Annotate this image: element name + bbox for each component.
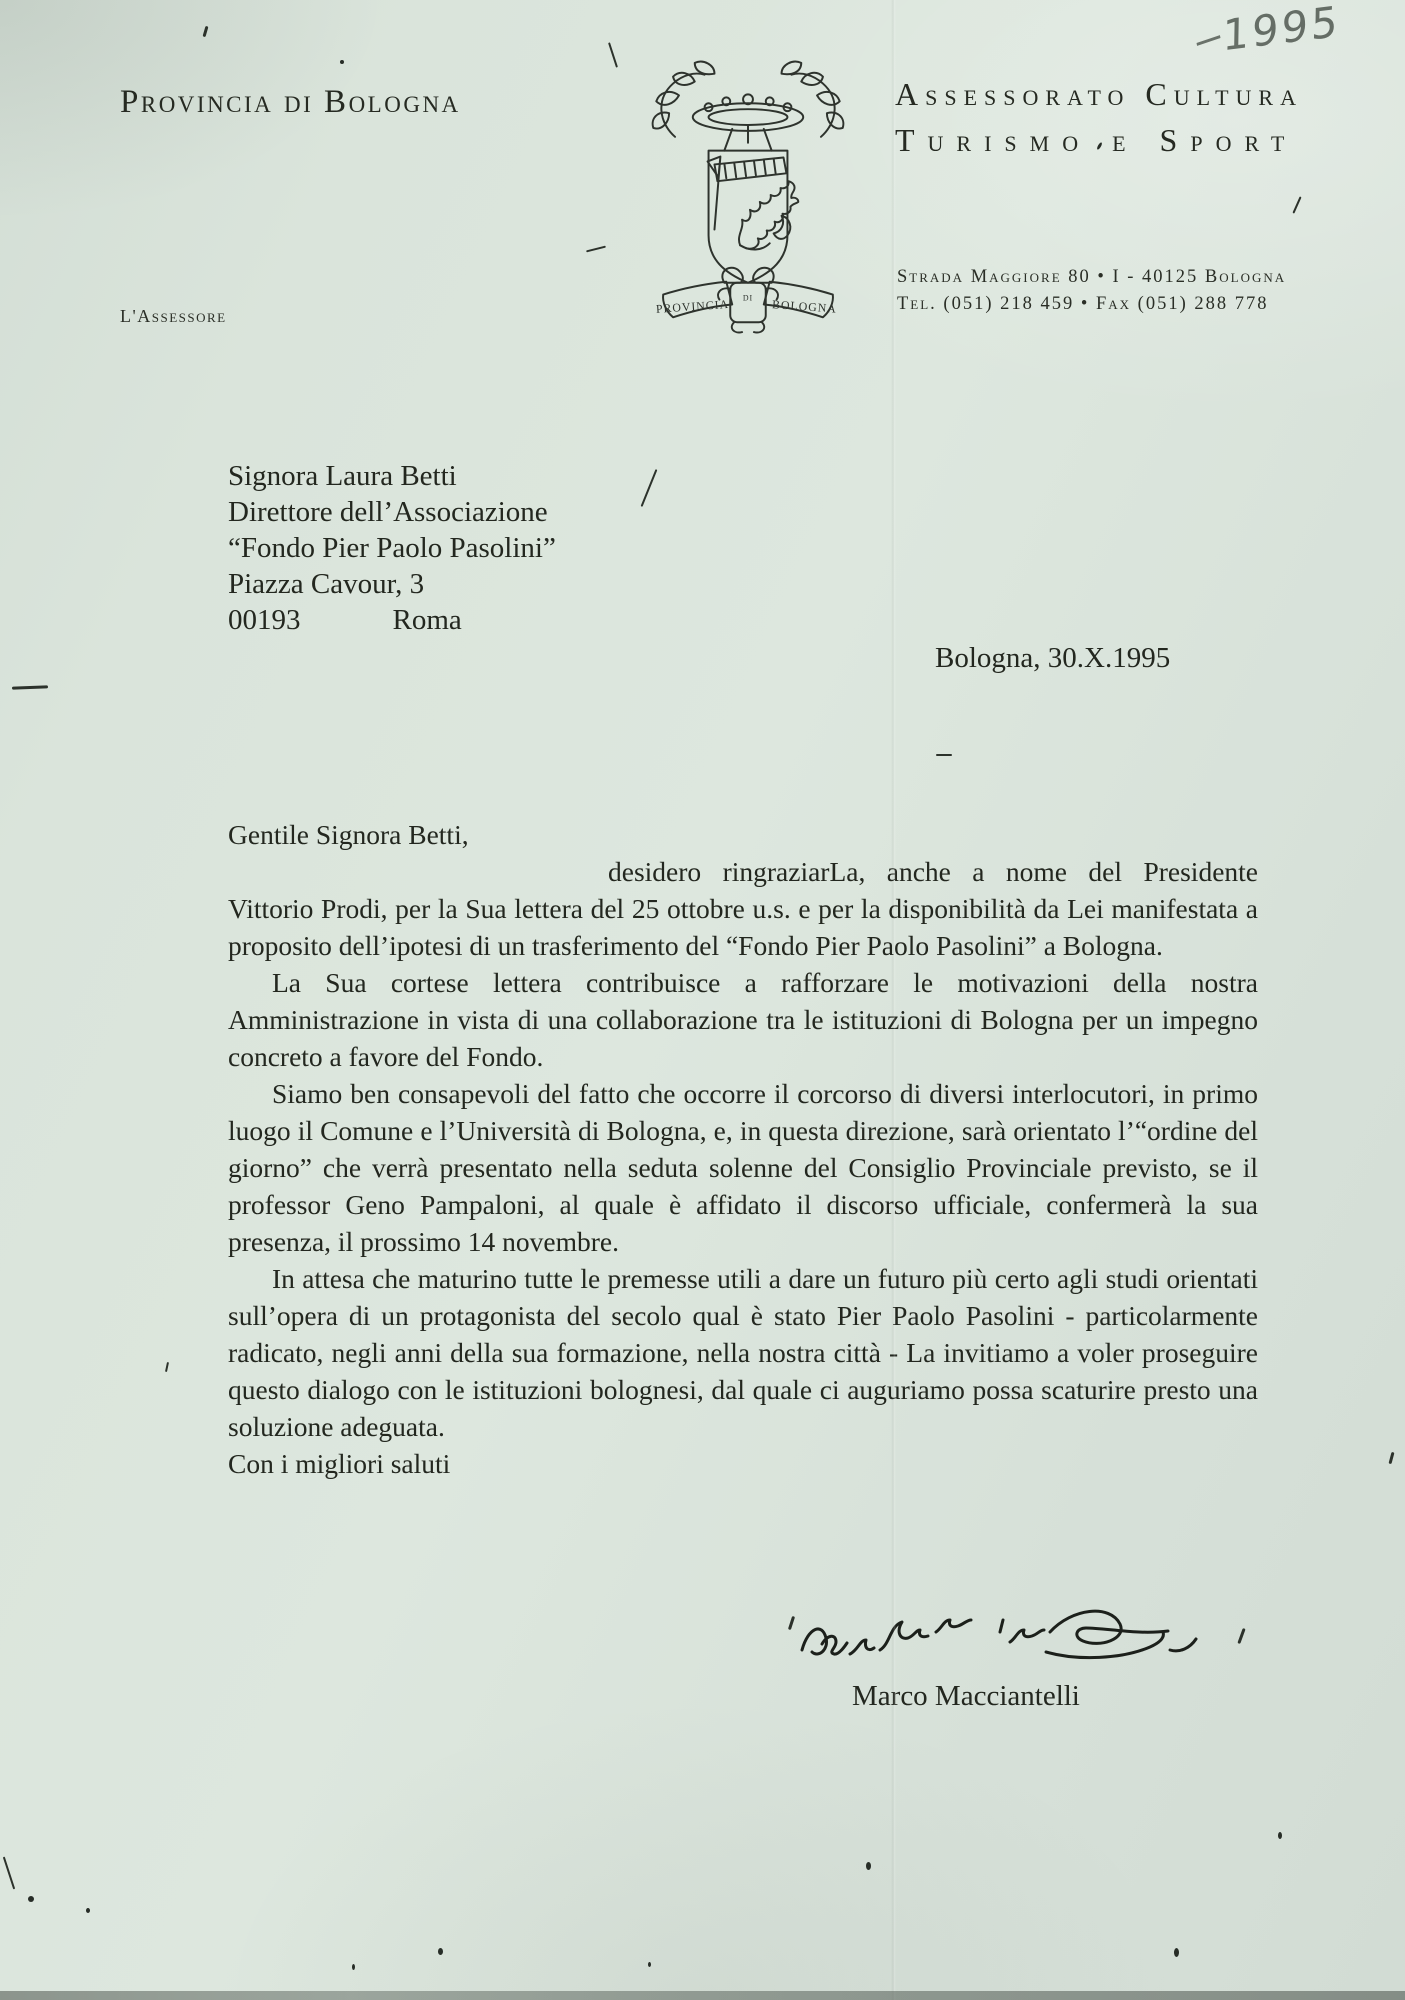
scan-mark xyxy=(1237,1628,1245,1644)
scan-mark xyxy=(641,469,658,507)
closing-line: Con i migliori saluti xyxy=(228,1445,1258,1482)
recipient-city: Roma xyxy=(393,602,462,638)
recipient-zip: 00193 xyxy=(228,602,301,638)
recipient-city-row: 00193 Roma xyxy=(228,602,556,638)
letter-body: Gentile Signora Betti, desidero ringrazi… xyxy=(228,816,1258,1482)
scan-mark xyxy=(3,1857,15,1890)
scan-mark xyxy=(936,754,952,756)
handwritten-year-note: 1995 xyxy=(1222,0,1341,60)
paragraph: Siamo ben consapevoli del fatto che occo… xyxy=(228,1075,1258,1260)
address-line: Strada Maggiore 80 • I - 40125 Bologna xyxy=(897,264,1286,291)
provincia-bologna-crest-icon: PROVINCIA DI BOLOGNA xyxy=(628,52,868,338)
scan-mark xyxy=(608,42,618,67)
signer-name: Marco Macciantelli xyxy=(852,1680,1080,1713)
paragraph: desidero ringraziarLa, anche a nome del … xyxy=(228,853,1258,964)
recipient-street: Piazza Cavour, 3 xyxy=(228,566,556,602)
scan-bottom-edge xyxy=(0,1991,1405,2000)
salutation: Gentile Signora Betti, xyxy=(228,816,1258,853)
letterhead-address: Strada Maggiore 80 • I - 40125 Bologna T… xyxy=(897,264,1286,318)
date-line: Bologna, 30.X.1995 xyxy=(935,642,1170,675)
paragraph: La Sua cortese lettera contribuisce a ra… xyxy=(228,964,1258,1075)
scan-mark xyxy=(203,26,209,37)
recipient-organization: “Fondo Pier Paolo Pasolini” xyxy=(228,530,556,566)
recipient-name: Signora Laura Betti xyxy=(228,458,556,494)
scan-mark xyxy=(165,1362,169,1372)
signature-handwriting xyxy=(788,1596,1238,1686)
paper-crease xyxy=(891,0,896,2000)
crest-ribbon-right-text: BOLOGNA xyxy=(772,297,838,315)
phone-fax-line: Tel. (051) 218 459 • Fax (051) 288 778 xyxy=(897,291,1286,318)
scan-mark xyxy=(586,246,606,253)
paragraph: In attesa che maturino tutte le premesse… xyxy=(228,1260,1258,1445)
department-line2: Turismo e Sport xyxy=(895,122,1303,159)
office-label: L'Assessore xyxy=(120,306,227,327)
scan-mark xyxy=(12,685,48,689)
recipient-title: Direttore dell’Associazione xyxy=(228,494,556,530)
scanned-letter-page: 1995 Provincia di Bologna xyxy=(0,0,1405,2000)
scan-mark xyxy=(1388,1452,1394,1464)
recipient-address-block: Signora Laura Betti Direttore dell’Assoc… xyxy=(228,458,556,638)
organization-name: Provincia di Bologna xyxy=(120,84,461,121)
scan-mark xyxy=(1292,196,1301,213)
department-line1: Assessorato Cultura xyxy=(895,76,1303,113)
crest-ribbon-center-text: DI xyxy=(743,294,753,303)
crest-ribbon-left-text: PROVINCIA xyxy=(655,297,729,316)
